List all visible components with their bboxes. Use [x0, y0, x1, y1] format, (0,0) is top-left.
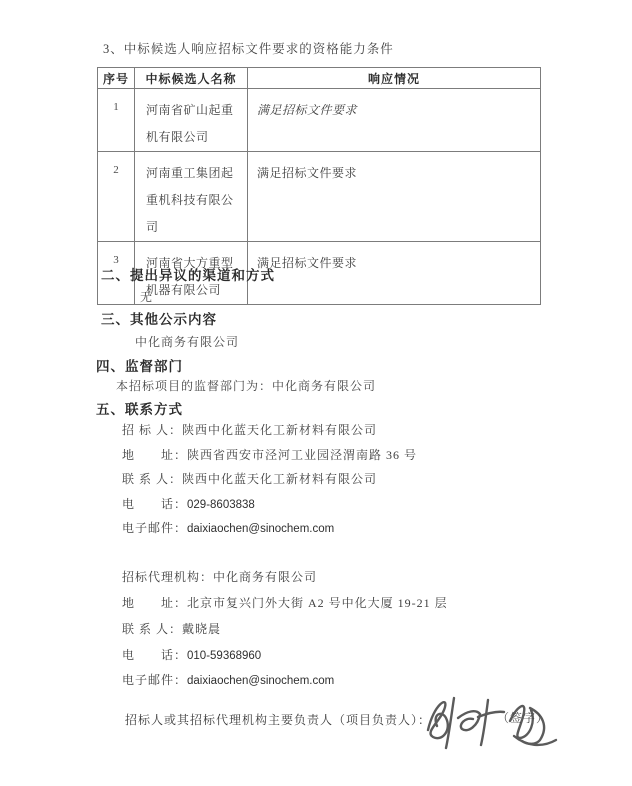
contact-label: 电子邮件： — [122, 673, 187, 687]
contact-label: 电子邮件： — [122, 521, 187, 535]
handwritten-signature — [418, 688, 563, 760]
contact-line-phone: 电 话：010-59368960 — [122, 646, 261, 663]
table-row: 2 河南重工集团起重机科技有限公司 满足招标文件要求 — [98, 152, 541, 242]
contact-line-address: 地 址：陕西省西安市泾河工业园泾渭南路 36 号 — [122, 446, 417, 463]
section4-body: 本招标项目的监督部门为：中化商务有限公司 — [116, 377, 376, 394]
contact-line-agency: 招标代理机构：中化商务有限公司 — [122, 568, 317, 585]
response-cell: 满足招标文件要求 — [248, 89, 541, 152]
col-header-response: 响应情况 — [248, 68, 541, 89]
contact-label: 地 址： — [122, 448, 187, 462]
section3b-body: 中化商务有限公司 — [135, 333, 239, 350]
contact-label: 招 标 人： — [122, 423, 182, 437]
contact-label: 联 系 人： — [122, 622, 182, 636]
table-header-row: 序号 中标候选人名称 响应情况 — [98, 68, 541, 89]
section3b-heading: 三、其他公示内容 — [101, 308, 217, 328]
serial-cell: 1 — [98, 89, 135, 152]
contact-value: daixiaochen@sinochem.com — [187, 523, 334, 535]
contact-line-person: 联 系 人：戴晓晨 — [122, 620, 221, 637]
col-header-candidate-name: 中标候选人名称 — [135, 68, 248, 89]
contact-value: 戴晓晨 — [182, 622, 221, 636]
contact-value: 029-8603838 — [187, 499, 255, 511]
contact-line-address: 地 址：北京市复兴门外大街 A2 号中化大厦 19-21 层 — [122, 594, 448, 611]
contact-label: 地 址： — [122, 596, 187, 610]
contact-line-email: 电子邮件：daixiaochen@sinochem.com — [122, 671, 334, 688]
section4-heading: 四、监督部门 — [96, 355, 183, 375]
section3-heading: 3、中标候选人响应招标文件要求的资格能力条件 — [103, 39, 394, 57]
document-page: 3、中标候选人响应招标文件要求的资格能力条件 序号 中标候选人名称 响应情况 1… — [0, 0, 632, 786]
contact-line-person: 联 系 人：陕西中化蓝天化工新材料有限公司 — [122, 470, 377, 487]
contact-value: 陕西中化蓝天化工新材料有限公司 — [182, 423, 377, 437]
col-header-serial: 序号 — [98, 68, 135, 89]
response-cell: 满足招标文件要求 — [248, 242, 541, 305]
candidate-name-cell: 河南重工集团起重机科技有限公司 — [135, 152, 248, 242]
table-row: 1 河南省矿山起重机有限公司 满足招标文件要求 — [98, 89, 541, 152]
contact-value: 中化商务有限公司 — [213, 570, 317, 584]
contact-value: 陕西省西安市泾河工业园泾渭南路 36 号 — [187, 448, 417, 462]
section5-heading: 五、联系方式 — [96, 398, 183, 418]
contact-label: 电 话： — [122, 648, 187, 662]
contact-value: 陕西中化蓝天化工新材料有限公司 — [182, 472, 377, 486]
contact-value: daixiaochen@sinochem.com — [187, 675, 334, 687]
contact-value: 北京市复兴门外大街 A2 号中化大厦 19-21 层 — [187, 596, 448, 610]
contact-label: 电 话： — [122, 497, 187, 511]
responsible-person-label: 招标人或其招标代理机构主要负责人（项目负责人）： — [125, 711, 431, 728]
contact-line-phone: 电 话：029-8603838 — [122, 495, 255, 512]
contact-line-email: 电子邮件：daixiaochen@sinochem.com — [122, 519, 334, 536]
contact-value: 010-59368960 — [187, 650, 261, 662]
serial-cell: 2 — [98, 152, 135, 242]
contact-label: 联 系 人： — [122, 472, 182, 486]
candidate-name-cell: 河南省矿山起重机有限公司 — [135, 89, 248, 152]
contact-label: 招标代理机构： — [122, 570, 213, 584]
section2-heading: 二、提出异议的渠道和方式 — [101, 264, 275, 284]
response-cell: 满足招标文件要求 — [248, 152, 541, 242]
contact-line-tenderer: 招 标 人：陕西中化蓝天化工新材料有限公司 — [122, 421, 377, 438]
section2-body: 无 — [140, 288, 153, 305]
